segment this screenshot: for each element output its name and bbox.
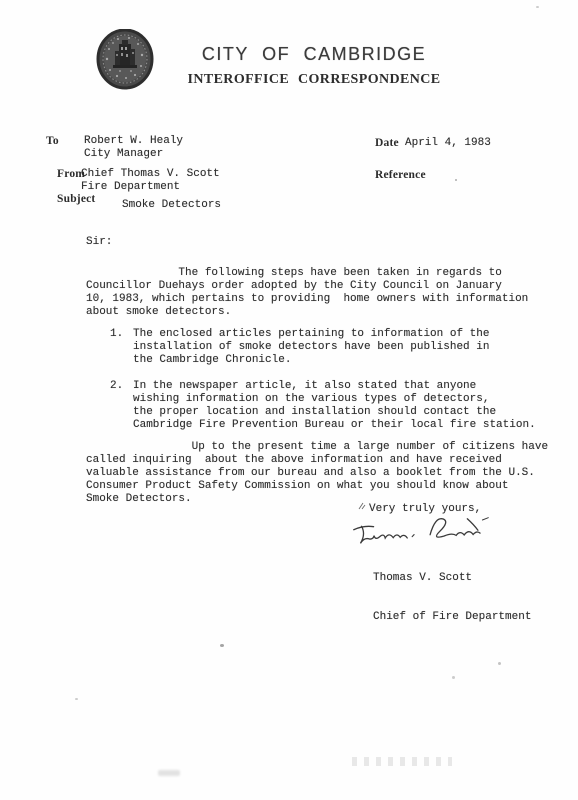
scan-smudge xyxy=(158,770,180,776)
typed-signature: Thomas V. Scott Chief of Fire Department xyxy=(373,546,531,650)
subject-label: Subject xyxy=(57,193,95,205)
list-text-1: The enclosed articles pertaining to info… xyxy=(133,328,489,367)
list-item-1: 1. The enclosed articles pertaining to i… xyxy=(110,328,548,367)
scan-smudge xyxy=(352,757,452,766)
letter-page: CITY OF CAMBRIDGE INTEROFFICE CORRESPOND… xyxy=(0,0,578,800)
signed-name: Thomas V. Scott xyxy=(373,572,531,585)
pen-mark xyxy=(357,498,367,508)
scan-speck xyxy=(75,698,78,700)
date-value: April 4, 1983 xyxy=(405,137,491,150)
paragraph-1: The following steps have been taken in r… xyxy=(86,267,548,319)
letterhead-subtitle: INTEROFFICE CORRESPONDENCE xyxy=(163,72,465,88)
to-label: To xyxy=(46,135,59,147)
scan-speck xyxy=(455,179,457,181)
salutation: Sir: xyxy=(86,236,548,249)
date-label: Date xyxy=(375,137,399,149)
city-seal-icon xyxy=(95,29,155,90)
scan-speck xyxy=(220,644,224,647)
list-number-1: 1. xyxy=(110,328,133,367)
reference-label: Reference xyxy=(375,169,426,181)
list-number-2: 2. xyxy=(110,380,133,432)
subject-value: Smoke Detectors xyxy=(122,199,221,212)
scan-speck xyxy=(498,662,501,665)
paragraph-2: Up to the present time a large number of… xyxy=(86,441,548,506)
to-value: Robert W. HealyCity Manager xyxy=(84,135,183,160)
from-value: Chief Thomas V. ScottFire Department xyxy=(81,168,220,193)
scan-speck xyxy=(452,676,455,679)
list-item-2: 2. In the newspaper article, it also sta… xyxy=(110,380,548,432)
list-text-2: In the newspaper article, it also stated… xyxy=(133,380,536,432)
letter-body: Sir: The following steps have been taken… xyxy=(86,236,548,506)
signed-title: Chief of Fire Department xyxy=(373,611,531,624)
scan-speck xyxy=(536,6,539,8)
letterhead-title: CITY OF CAMBRIDGE xyxy=(163,44,465,65)
